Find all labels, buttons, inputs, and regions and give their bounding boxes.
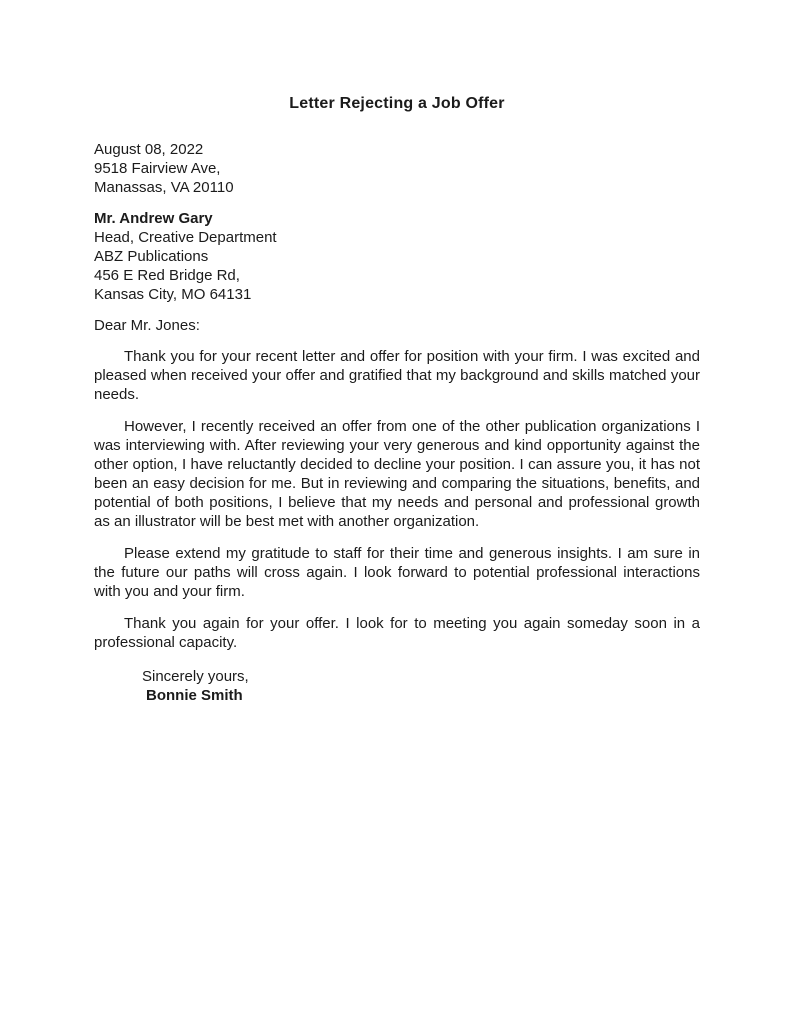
recipient-name: Mr. Andrew Gary (94, 209, 700, 228)
letter-title: Letter Rejecting a Job Offer (94, 94, 700, 114)
sender-address-line: Manassas, VA 20110 (94, 178, 700, 197)
signature-name: Bonnie Smith (146, 686, 700, 705)
recipient-company: ABZ Publications (94, 247, 700, 266)
recipient-block: Mr. Andrew Gary Head, Creative Departmen… (94, 209, 700, 304)
recipient-job-title: Head, Creative Department (94, 228, 700, 247)
sender-address-line: 9518 Fairview Ave, (94, 159, 700, 178)
recipient-address-line: Kansas City, MO 64131 (94, 285, 700, 304)
body-paragraph: Thank you again for your offer. I look f… (94, 614, 700, 652)
body-paragraph: Thank you for your recent letter and off… (94, 347, 700, 404)
signature-block: Sincerely yours, Bonnie Smith (94, 667, 700, 705)
body-paragraph: Please extend my gratitude to staff for … (94, 544, 700, 601)
recipient-address-line: 456 E Red Bridge Rd, (94, 266, 700, 285)
closing-line: Sincerely yours, (142, 667, 700, 686)
salutation: Dear Mr. Jones: (94, 316, 700, 335)
letter-document: Letter Rejecting a Job Offer August 08, … (0, 0, 791, 1024)
body-paragraph: However, I recently received an offer fr… (94, 417, 700, 531)
sender-block: August 08, 2022 9518 Fairview Ave, Manas… (94, 140, 700, 197)
letter-date: August 08, 2022 (94, 140, 700, 159)
